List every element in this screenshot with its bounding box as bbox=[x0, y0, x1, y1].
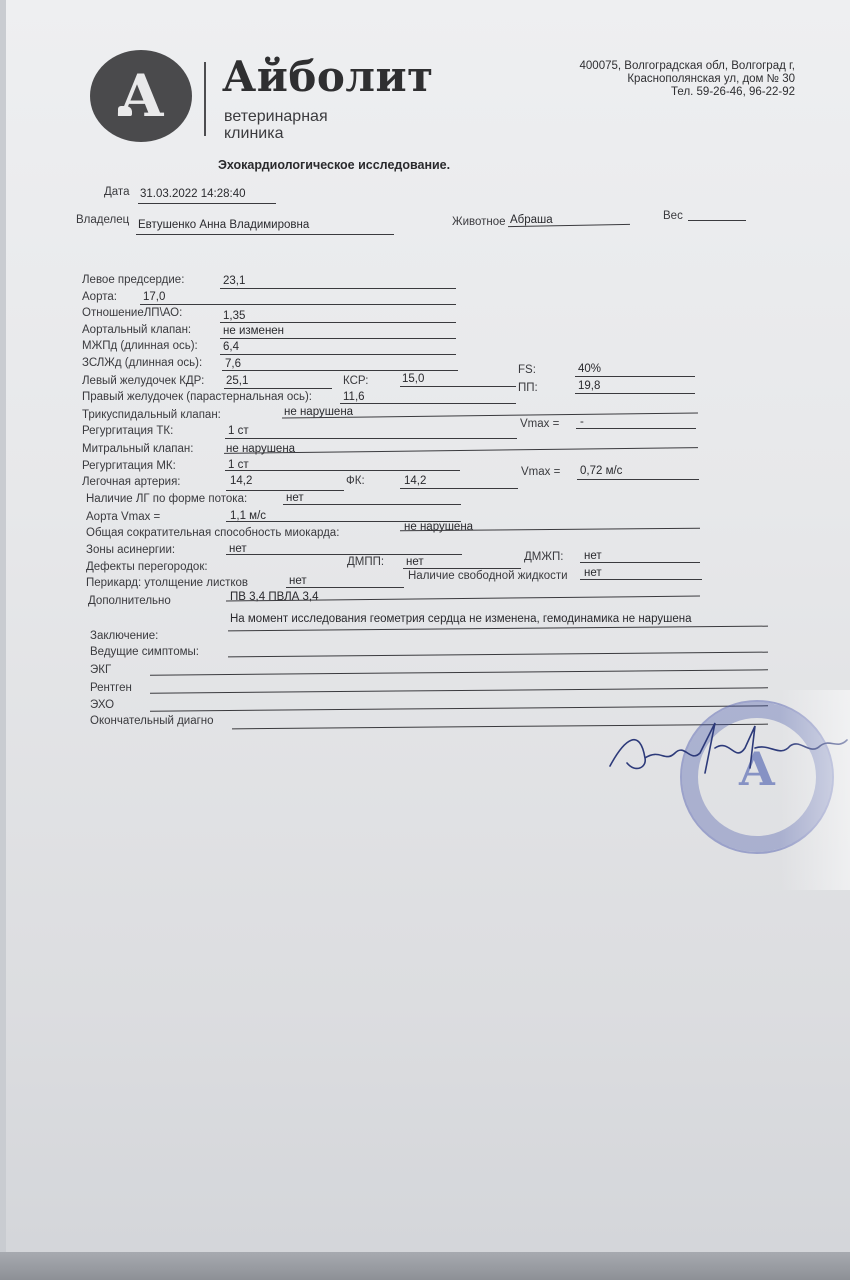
fk-value: 14,2 bbox=[404, 475, 426, 487]
address-line1: 400075, Волгоградская обл, Волгоград г, bbox=[580, 60, 795, 73]
symptoms-label: Ведущие симптомы: bbox=[90, 646, 199, 658]
tr-vmax-label: Vmax = bbox=[520, 418, 559, 430]
pericardium-value: нет bbox=[289, 575, 307, 587]
vsd-value: нет bbox=[584, 550, 602, 562]
ph-flow-value: нет bbox=[286, 492, 304, 504]
field-underline bbox=[400, 386, 516, 387]
pericardium-label: Перикард: утолщение листков bbox=[86, 577, 248, 589]
tricuspid-valve-label: Трикуспидальный клапан: bbox=[82, 409, 221, 421]
clinic-subtitle-line1: ветеринарная bbox=[224, 108, 328, 125]
aorta-vmax-label: Аорта Vmax = bbox=[86, 511, 160, 523]
free-fluid-value: нет bbox=[584, 567, 602, 579]
field-underline bbox=[286, 587, 404, 588]
septal-defects-label: Дефекты перегородок: bbox=[86, 561, 208, 573]
ra-label: ПП: bbox=[518, 382, 538, 394]
field-underline bbox=[580, 579, 702, 580]
field-underline bbox=[575, 393, 695, 394]
field-underline bbox=[225, 438, 517, 439]
lv-edd-label: Левый желудочек КДР: bbox=[82, 375, 204, 387]
final-diagnosis-label: Окончательный диагно bbox=[90, 715, 214, 727]
field-underline bbox=[220, 338, 456, 339]
lv-esd-value: 15,0 bbox=[402, 373, 424, 385]
owner-value: Евтушенко Анна Владимировна bbox=[138, 219, 309, 231]
clinic-logo: А bbox=[90, 50, 192, 142]
date-label: Дата bbox=[104, 186, 129, 198]
mitral-valve-label: Митральный клапан: bbox=[82, 443, 193, 455]
owner-label: Владелец bbox=[76, 214, 129, 226]
rv-value: 11,6 bbox=[343, 391, 365, 403]
weight-underline bbox=[688, 220, 746, 221]
xray-label: Рентген bbox=[90, 682, 132, 694]
aorta-value: 17,0 bbox=[143, 291, 165, 303]
field-underline bbox=[340, 403, 516, 404]
date-underline bbox=[138, 203, 276, 204]
pulmonary-artery-value: 14,2 bbox=[230, 475, 252, 487]
ecg-label: ЭКГ bbox=[90, 664, 111, 676]
lvpwd-label: ЗСЛЖд (длинная ось): bbox=[82, 357, 202, 369]
contractility-label: Общая сократительная способность миокард… bbox=[86, 527, 339, 539]
conclusion-label: Заключение: bbox=[90, 630, 158, 642]
clinic-name: Айболит bbox=[222, 52, 434, 101]
rv-label: Правый желудочек (парастернальная ось): bbox=[82, 391, 312, 403]
lv-esd-label: КСР: bbox=[343, 375, 369, 387]
aortic-valve-label: Аортальный клапан: bbox=[82, 324, 191, 336]
clinic-subtitle: ветеринарная клиника bbox=[224, 108, 328, 142]
lvpwd-value: 7,6 bbox=[225, 358, 241, 370]
field-underline bbox=[220, 322, 456, 323]
free-fluid-label: Наличие свободной жидкости bbox=[408, 570, 568, 582]
field-underline bbox=[220, 354, 456, 355]
owner-underline bbox=[136, 234, 394, 235]
field-underline bbox=[580, 562, 700, 563]
contractility-value: не нарушена bbox=[404, 521, 473, 533]
aorta-label: Аорта: bbox=[82, 291, 117, 303]
field-underline bbox=[220, 288, 456, 289]
ivsd-label: МЖПд (длинная ось): bbox=[82, 340, 198, 352]
field-underline bbox=[403, 568, 521, 569]
fs-value: 40% bbox=[578, 363, 601, 375]
animal-label: Животное bbox=[452, 216, 506, 228]
vsd-label: ДМЖП: bbox=[524, 551, 563, 563]
fs-label: FS: bbox=[518, 364, 536, 376]
mr-regurg-label: Регургитация МК: bbox=[82, 460, 176, 472]
document-title: Эхокардиологическое исследование. bbox=[218, 158, 450, 172]
aortic-valve-value: не изменен bbox=[223, 325, 284, 337]
field-underline bbox=[225, 470, 460, 471]
field-underline bbox=[222, 370, 458, 371]
pa-vmax-label: Vmax = bbox=[521, 466, 560, 478]
echo-label: ЭХО bbox=[90, 699, 114, 711]
left-atrium-label: Левое предсердие: bbox=[82, 274, 184, 286]
field-underline bbox=[577, 479, 699, 480]
animal-value: Абраша bbox=[510, 214, 553, 226]
tr-regurg-label: Регургитация ТК: bbox=[82, 425, 173, 437]
logo-letter: А bbox=[90, 62, 192, 130]
asd-label: ДМПП: bbox=[347, 556, 384, 568]
fk-label: ФК: bbox=[346, 475, 365, 487]
weight-label: Вес bbox=[663, 210, 683, 222]
field-underline bbox=[226, 490, 344, 491]
ph-flow-label: Наличие ЛГ по форме потока: bbox=[86, 493, 247, 505]
pulmonary-artery-label: Легочная артерия: bbox=[82, 476, 181, 488]
field-underline bbox=[575, 376, 695, 377]
ra-value: 19,8 bbox=[578, 380, 600, 392]
clinic-subtitle-line2: клиника bbox=[224, 125, 328, 142]
field-underline bbox=[226, 554, 462, 555]
ivsd-value: 6,4 bbox=[223, 341, 239, 353]
additional-label: Дополнительно bbox=[88, 595, 171, 607]
lv-edd-value: 25,1 bbox=[226, 375, 248, 387]
left-atrium-value: 23,1 bbox=[223, 275, 245, 287]
pet-silhouette-icon bbox=[118, 106, 132, 116]
field-underline bbox=[400, 488, 518, 489]
tr-vmax-value: - bbox=[580, 416, 584, 428]
field-underline bbox=[224, 388, 332, 389]
la-ao-ratio-label: ОтношениеЛП\АО: bbox=[82, 307, 182, 319]
pa-vmax-value: 0,72 м/с bbox=[580, 465, 622, 477]
address-line2: Краснополянская ул, дом № 30 bbox=[580, 73, 795, 86]
photo-glare bbox=[780, 690, 850, 890]
asd-value: нет bbox=[406, 556, 424, 568]
asynergy-label: Зоны асинергии: bbox=[86, 544, 175, 556]
clinic-address: 400075, Волгоградская обл, Волгоград г, … bbox=[580, 60, 795, 99]
logo-divider bbox=[204, 62, 206, 136]
field-underline bbox=[576, 428, 696, 429]
field-underline bbox=[283, 504, 461, 505]
table-surface bbox=[0, 1252, 850, 1280]
conclusion-value: На момент исследования геометрия сердца … bbox=[230, 613, 691, 625]
date-value: 31.03.2022 14:28:40 bbox=[140, 188, 246, 200]
la-ao-ratio-value: 1,35 bbox=[223, 310, 245, 322]
field-underline bbox=[140, 304, 456, 305]
tr-regurg-value: 1 ст bbox=[228, 425, 249, 437]
clinic-phone: Тел. 59-26-46, 96-22-92 bbox=[580, 86, 795, 99]
